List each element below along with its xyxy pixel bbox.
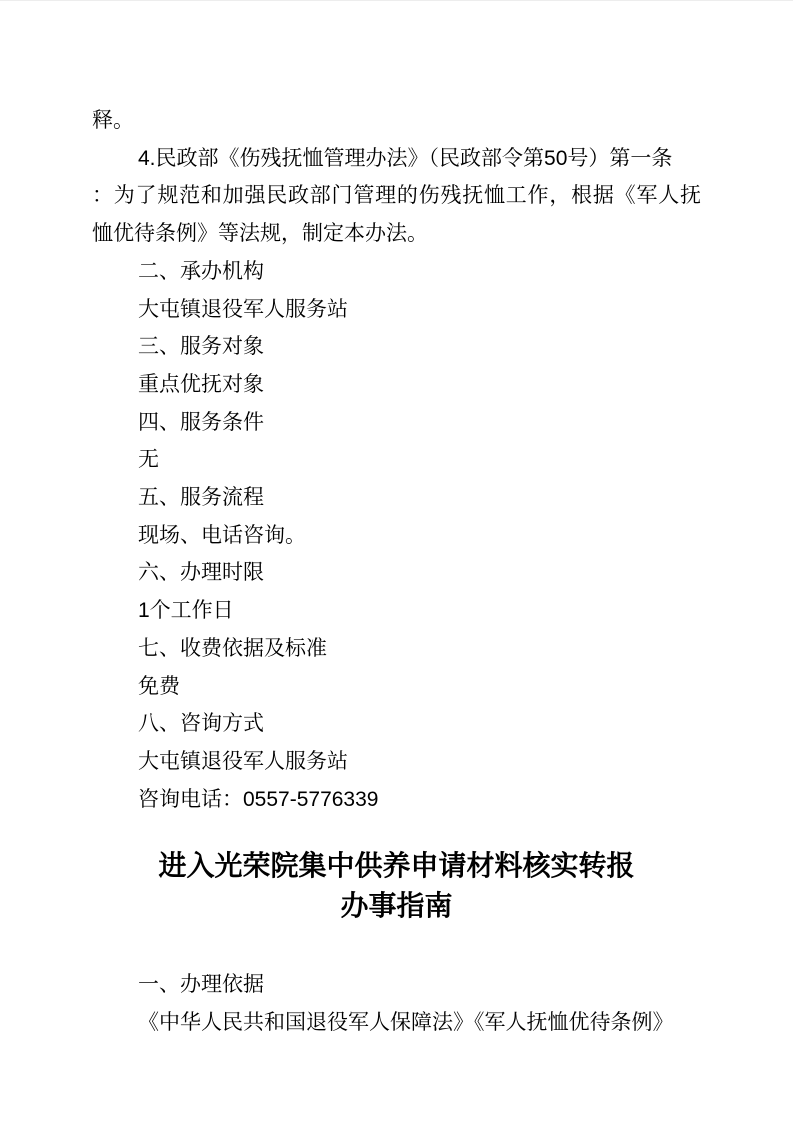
section-value-consultation-station: 大屯镇退役军人服务站 <box>92 743 701 781</box>
section-heading-undertaking-organ: 二、承办机构 <box>92 253 701 291</box>
paragraph-tail-line: 释。 <box>92 102 701 140</box>
regulation-paragraph-line-2: ：为了规范和加强民政部门管理的伤残抚恤工作，根据《军人抚 <box>92 177 701 215</box>
next-guide-section-value-legal-basis: 《中华人民共和国退役军人保障法》《军人抚恤优待条例》 <box>92 1004 701 1042</box>
section-heading-service-process: 五、服务流程 <box>92 479 701 517</box>
section-heading-consultation: 八、咨询方式 <box>92 705 701 743</box>
section-value-undertaking-organ: 大屯镇退役军人服务站 <box>92 291 701 329</box>
section-value-fee-standard: 免费 <box>92 668 701 706</box>
next-guide-title-line-2: 办事指南 <box>92 886 701 926</box>
section-heading-service-target: 三、服务对象 <box>92 328 701 366</box>
section-value-time-limit: 1个工作日 <box>92 592 701 630</box>
section-heading-service-condition: 四、服务条件 <box>92 404 701 442</box>
next-guide-title: 进入光荣院集中供养申请材料核实转报 办事指南 <box>92 846 701 926</box>
section-value-service-target: 重点优抚对象 <box>92 366 701 404</box>
regulation-paragraph-line-3: 恤优待条例》等法规，制定本办法。 <box>92 215 701 253</box>
next-guide-section-heading-legal-basis: 一、办理依据 <box>92 966 701 1004</box>
next-guide-title-line-1: 进入光荣院集中供养申请材料核实转报 <box>92 846 701 886</box>
section-value-service-condition: 无 <box>92 441 701 479</box>
section-heading-fee-standard: 七、收费依据及标准 <box>92 630 701 668</box>
section-value-consultation-phone: 咨询电话：0557-5776339 <box>92 781 701 819</box>
section-heading-time-limit: 六、办理时限 <box>92 554 701 592</box>
next-guide-body: 一、办理依据 《中华人民共和国退役军人保障法》《军人抚恤优待条例》 <box>92 966 701 1041</box>
regulation-paragraph-line-1: 4.民政部《伤残抚恤管理办法》（民政部令第50号）第一条 <box>92 140 701 178</box>
document-page: 释。 4.民政部《伤残抚恤管理办法》（民政部令第50号）第一条 ：为了规范和加强… <box>0 0 793 1122</box>
section-value-service-process: 现场、电话咨询。 <box>92 517 701 555</box>
